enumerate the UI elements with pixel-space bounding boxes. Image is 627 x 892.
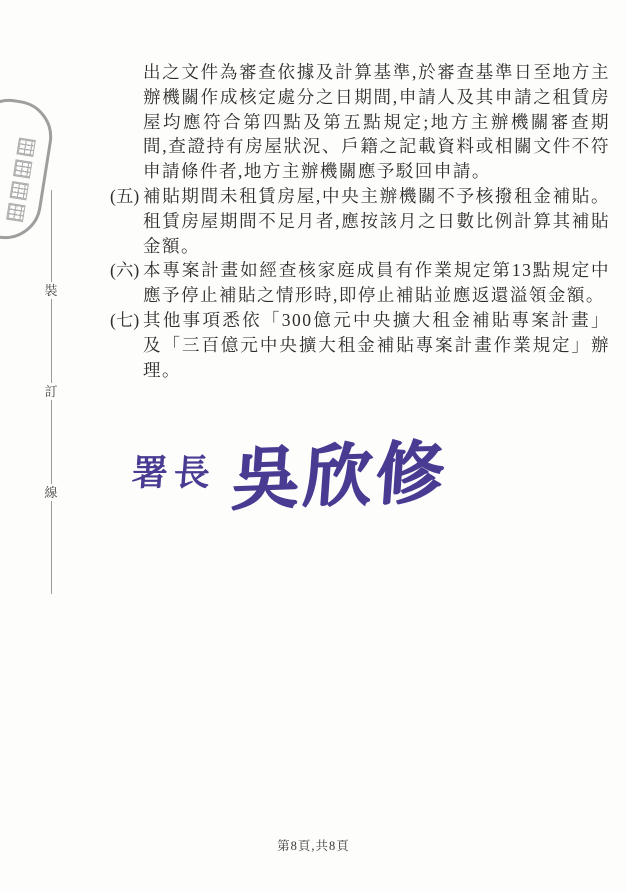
binding-line: 裝 訂 線 xyxy=(43,190,59,594)
signature-title: 署長 xyxy=(130,445,218,496)
page-number-footer: 第8頁,共8頁 xyxy=(0,836,627,854)
binding-line-segment xyxy=(51,400,52,484)
item-marker: (七) xyxy=(110,308,143,382)
binding-char-ding: 訂 xyxy=(44,384,57,399)
list-item-5: (五) 補貼期間未租賃房屋,中央主辦機關不予核撥租金補貼。租賃房屋期間不足月者,… xyxy=(110,184,610,258)
binding-char-xian: 線 xyxy=(44,485,57,500)
list-item-7: (七) 其他事項悉依「300億元中央擴大租金補貼專案計畫」及「三百億元中央擴大租… xyxy=(110,308,610,382)
list-item-6: (六) 本專案計畫如經查核家庭成員有作業規定第13點規定中應予停止補貼之情形時,… xyxy=(110,258,610,308)
binding-line-segment xyxy=(51,299,52,383)
signature-block: 署長 吳欣修 xyxy=(132,420,448,520)
seal-glyph xyxy=(6,203,25,222)
binding-line-segment xyxy=(51,190,52,282)
paragraph-continuation: 出之文件為審查依據及計算基準,於審查基準日至地方主辦機關作成核定處分之日期間,申… xyxy=(110,60,610,184)
item-marker: (六) xyxy=(110,258,143,308)
item-text: 本專案計畫如經查核家庭成員有作業規定第13點規定中應予停止補貼之情形時,即停止補… xyxy=(143,258,610,308)
item-text: 其他事項悉依「300億元中央擴大租金補貼專案計畫」及「三百億元中央擴大租金補貼專… xyxy=(143,308,610,382)
document-page: 裝 訂 線 出之文件為審查依據及計算基準,於審查基準日至地方主辦機關作成核定處分… xyxy=(0,0,627,892)
document-body: 出之文件為審查依據及計算基準,於審查基準日至地方主辦機關作成核定處分之日期間,申… xyxy=(110,60,610,382)
seal-glyph xyxy=(13,159,32,178)
seal-glyph xyxy=(16,138,35,157)
binding-line-segment xyxy=(51,501,52,594)
item-text: 補貼期間未租賃房屋,中央主辦機關不予核撥租金補貼。租賃房屋期間不足月者,應按該月… xyxy=(143,184,610,258)
seal-glyph xyxy=(10,181,29,200)
signature-name: 吳欣修 xyxy=(229,418,452,523)
item-marker: (五) xyxy=(110,184,143,258)
binding-char-zhuang: 裝 xyxy=(44,283,57,298)
seal-glyph-marks xyxy=(6,138,36,223)
